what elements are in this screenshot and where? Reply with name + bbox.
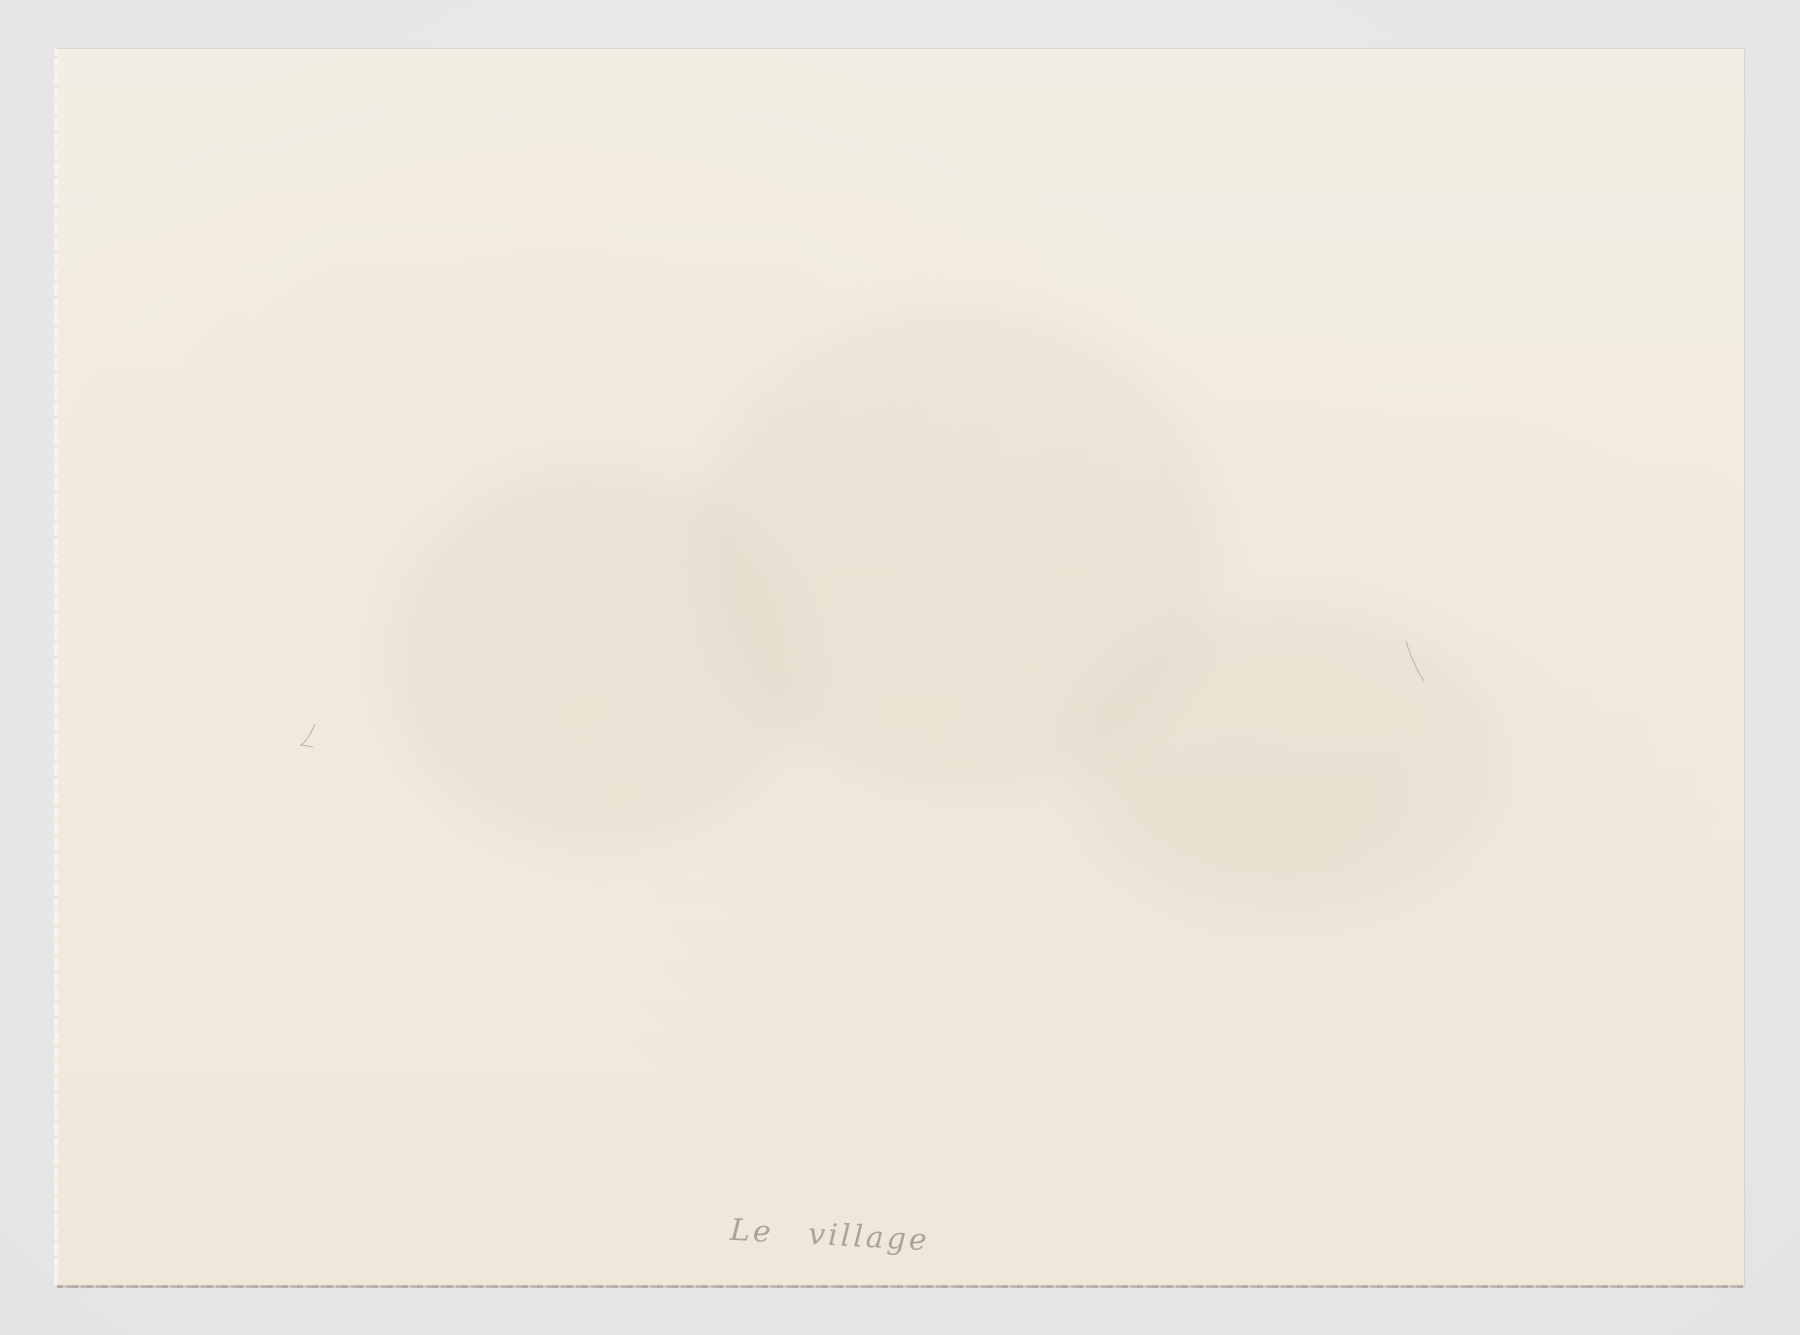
- pencil-stroke-right: [1402, 639, 1432, 689]
- pencil-stroke-left: [297, 719, 337, 759]
- ghost-image-right: [1077, 609, 1497, 909]
- paper-sheet: [57, 48, 1744, 1286]
